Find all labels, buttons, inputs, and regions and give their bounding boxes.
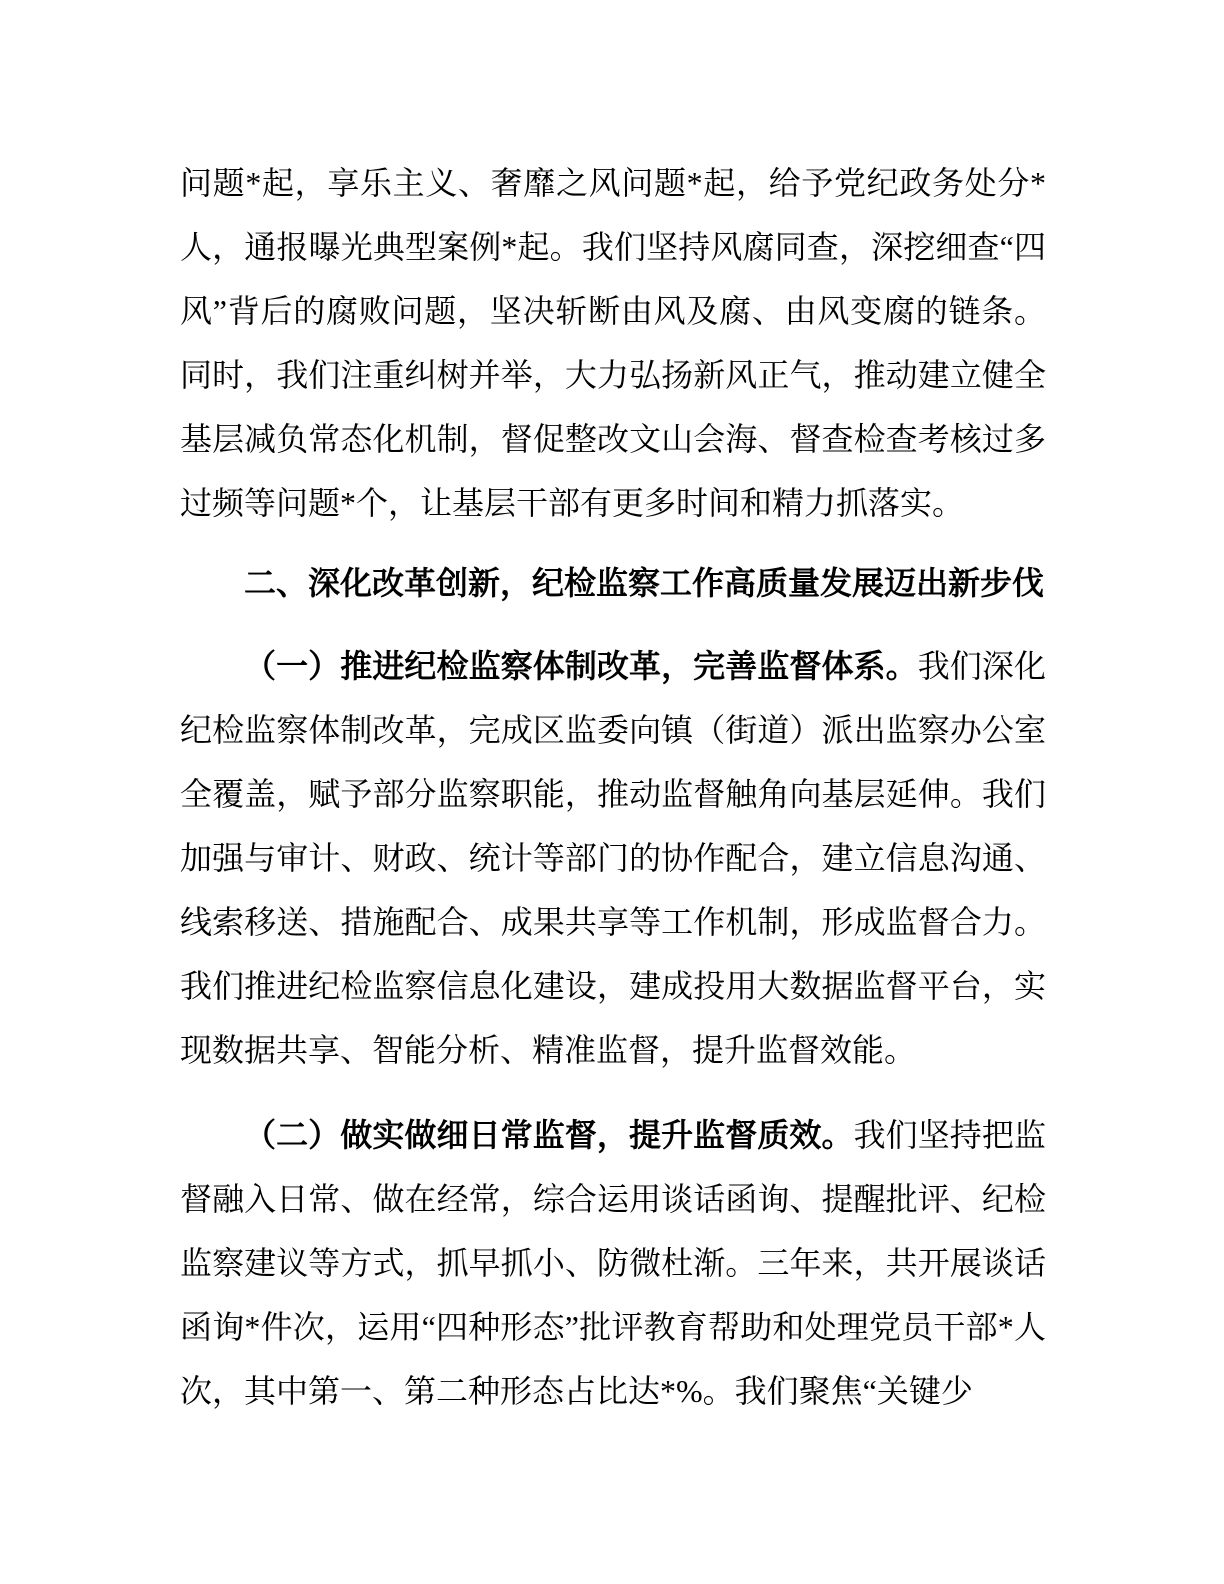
paragraph-section-1: （一）推进纪检监察体制改革，完善监督体系。我们深化纪检监察体制改革，完成区监委向… (180, 634, 1046, 1082)
document-page: 问题*起，享乐主义、奢靡之风问题*起，给予党纪政务处分*人，通报曝光典型案例*起… (0, 0, 1224, 1584)
paragraph-section-2-text: 我们坚持把监督融入日常、做在经常，综合运用谈话函询、提醒批评、纪检监察建议等方式… (180, 1117, 1046, 1409)
section-heading: 二、深化改革创新，纪检监察工作高质量发展迈出新步伐 (180, 551, 1046, 615)
paragraph-section-1-lead: （一）推进纪检监察体制改革，完善监督体系。 (244, 648, 918, 684)
paragraph-continuation: 问题*起，享乐主义、奢靡之风问题*起，给予党纪政务处分*人，通报曝光典型案例*起… (180, 151, 1046, 535)
paragraph-section-2: （二）做实做细日常监督，提升监督质效。我们坚持把监督融入日常、做在经常，综合运用… (180, 1103, 1046, 1423)
paragraph-section-1-text: 我们深化纪检监察体制改革，完成区监委向镇（街道）派出监察办公室全覆盖，赋予部分监… (180, 648, 1046, 1068)
paragraph-section-2-lead: （二）做实做细日常监督，提升监督质效。 (244, 1117, 854, 1153)
